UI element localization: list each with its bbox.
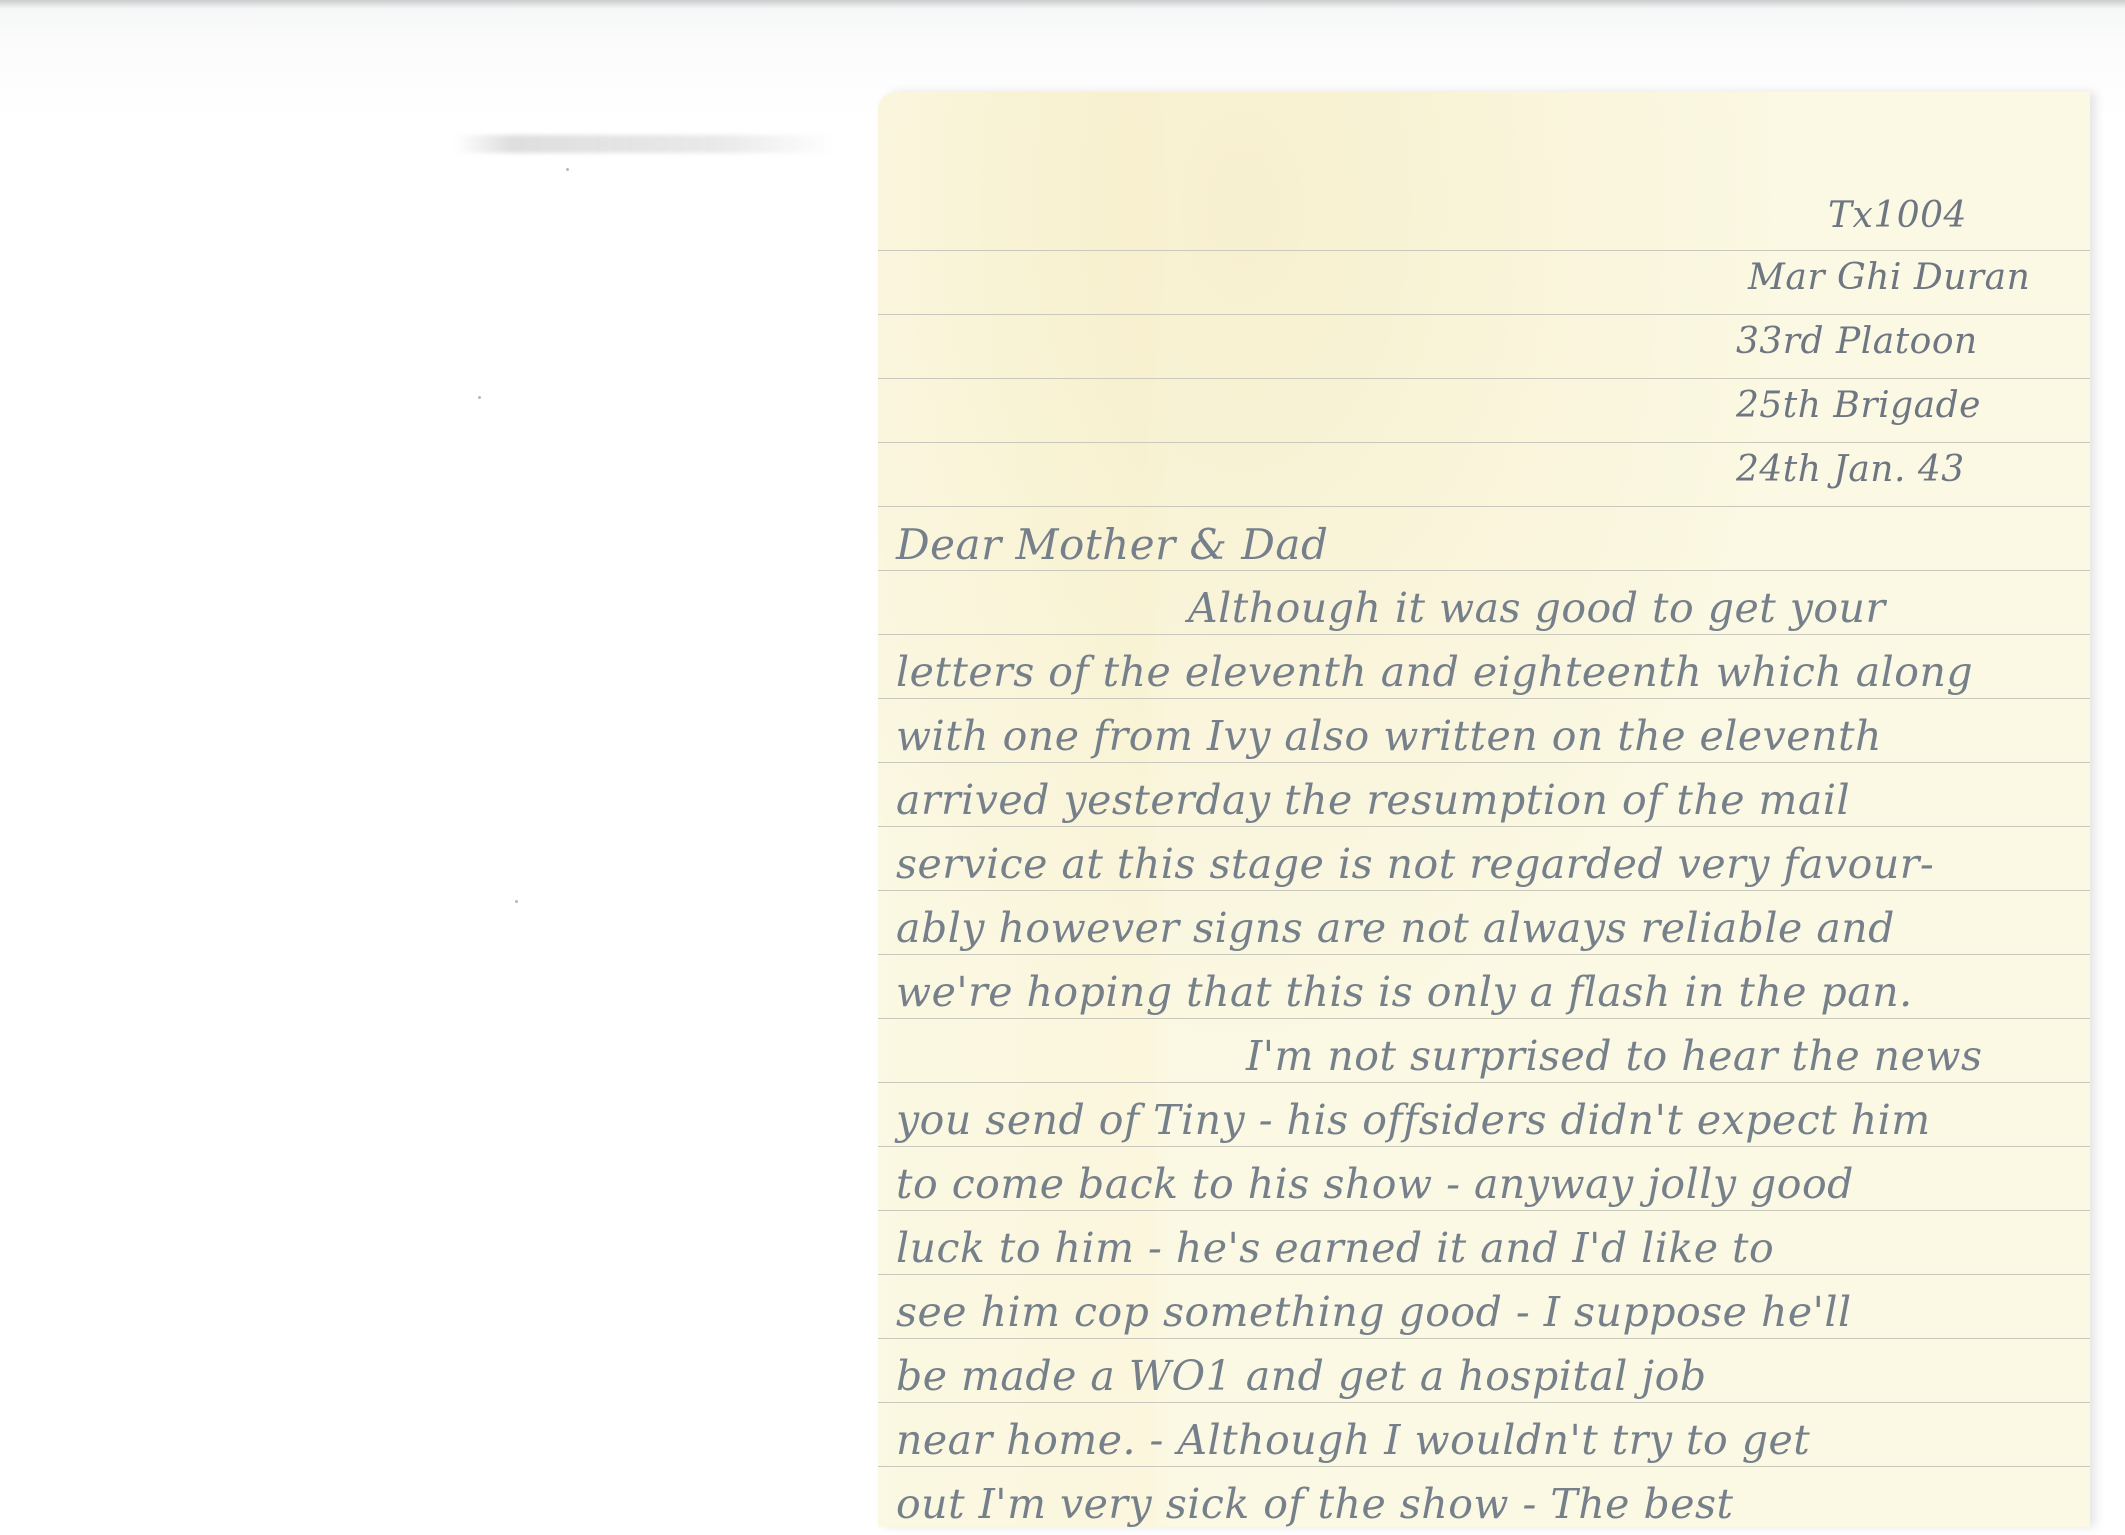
ruled-line bbox=[878, 1082, 2090, 1083]
dust-speck bbox=[478, 396, 481, 399]
body-line: I'm not surprised to hear the news bbox=[1246, 1036, 1982, 1077]
ruled-line bbox=[878, 1402, 2090, 1403]
body-line: to come back to his show - anyway jolly … bbox=[896, 1164, 1854, 1205]
service-number: Tx1004 bbox=[1828, 198, 1967, 234]
address-line-2: 33rd Platoon bbox=[1736, 324, 1978, 360]
ruled-line bbox=[878, 1274, 2090, 1275]
body-line: near home. - Although I wouldn't try to … bbox=[896, 1420, 1810, 1461]
ruled-line bbox=[878, 1338, 2090, 1339]
body-line: luck to him - he's earned it and I'd lik… bbox=[896, 1228, 1774, 1269]
ruled-line bbox=[878, 570, 2090, 571]
ruled-line bbox=[878, 1466, 2090, 1467]
body-line: out I'm very sick of the show - The best bbox=[896, 1484, 1733, 1525]
ruled-line bbox=[878, 1018, 2090, 1019]
ruled-line bbox=[878, 762, 2090, 763]
dust-speck bbox=[515, 900, 518, 903]
body-line: be made a WO1 and get a hospital job bbox=[896, 1356, 1707, 1397]
ruled-line bbox=[878, 890, 2090, 891]
ruled-line bbox=[878, 314, 2090, 315]
ruled-line bbox=[878, 954, 2090, 955]
body-line: arrived yesterday the resumption of the … bbox=[896, 780, 1850, 821]
body-line: letters of the eleventh and eighteenth w… bbox=[896, 652, 1973, 693]
salutation: Dear Mother & Dad bbox=[896, 524, 1328, 566]
ruled-line bbox=[878, 442, 2090, 443]
date-line: 24th Jan. 43 bbox=[1736, 452, 1965, 488]
dust-speck bbox=[566, 168, 569, 171]
ruled-line bbox=[878, 506, 2090, 507]
ruled-line bbox=[878, 634, 2090, 635]
body-line: you send of Tiny - his offsiders didn't … bbox=[896, 1100, 1931, 1141]
letter-paper: Tx1004 Mar Ghi Duran 33rd Platoon 25th B… bbox=[878, 92, 2090, 1527]
ruled-line bbox=[878, 250, 2090, 251]
body-line: see him cop something good - I suppose h… bbox=[896, 1292, 1852, 1333]
scanned-page: Tx1004 Mar Ghi Duran 33rd Platoon 25th B… bbox=[0, 0, 2125, 1535]
body-line: Although it was good to get your bbox=[1188, 588, 1886, 629]
ruled-line bbox=[878, 1146, 2090, 1147]
scanner-edge-shadow bbox=[0, 0, 2125, 9]
body-line: service at this stage is not regarded ve… bbox=[896, 844, 1934, 885]
bleed-through-mark bbox=[455, 135, 835, 153]
ruled-line bbox=[878, 826, 2090, 827]
body-line: ably however signs are not always reliab… bbox=[896, 908, 1895, 949]
body-line: we're hoping that this is only a flash i… bbox=[896, 972, 1913, 1013]
ruled-line bbox=[878, 378, 2090, 379]
ruled-line bbox=[878, 698, 2090, 699]
address-line-1: Mar Ghi Duran bbox=[1748, 260, 2030, 296]
body-line: with one from Ivy also written on the el… bbox=[896, 716, 1882, 757]
ruled-line bbox=[878, 1210, 2090, 1211]
address-line-3: 25th Brigade bbox=[1736, 388, 1981, 424]
